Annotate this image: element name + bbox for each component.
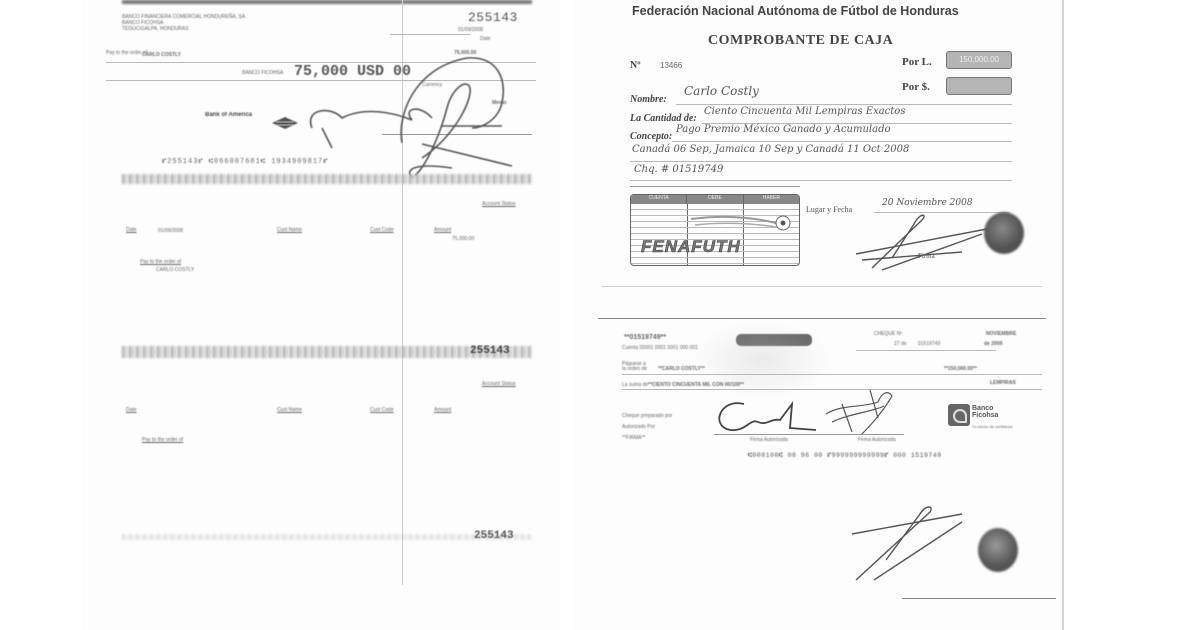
faded-band [122, 534, 532, 540]
date-rule [390, 34, 470, 35]
bank-header: BANCO FINANCIERA COMERCIAL HONDUREÑA, SA… [122, 14, 245, 32]
account-table-header: CUENTA DEBE HABER [631, 195, 799, 204]
soccer-ball-icon [691, 209, 791, 235]
separator-rule [630, 186, 800, 187]
stub-pay-to-label: Pay to the order of [142, 437, 183, 443]
cut-rule [602, 286, 1042, 287]
date-label: Date [480, 36, 491, 42]
receipt-number: 13466 [660, 61, 682, 70]
stub-date: 01/09/2008 [158, 228, 183, 234]
organization-name: Federación Nacional Autónoma de Fútbol d… [632, 4, 959, 18]
check-number: 255143 [468, 10, 518, 25]
fingerprint-icon [978, 528, 1018, 572]
nombre-label: Nombre: [630, 94, 667, 105]
amount-label: Amount [434, 407, 451, 413]
left-note: Cheque preparado por [622, 413, 672, 419]
micr-line: ⑆000100⑆ 08 96 00 ⑈999999999999⑈ 000 151… [748, 452, 942, 459]
micr-line: ⑈255143⑈ ⑆066007681⑆ 1934909817⑈ [162, 158, 328, 166]
signature-label-2: Firma Autorizada [858, 437, 896, 443]
bank-logo-icon [948, 404, 970, 426]
concepto-line: Pago Premio México Ganado y Acumulado [676, 124, 891, 135]
stub-date-label: Date [126, 407, 137, 413]
firma-label: Firma [918, 252, 935, 260]
stub-payee: CARLO COSTLY [156, 267, 194, 273]
date-prefix: 27 de [894, 341, 907, 347]
signature-rule [714, 434, 904, 435]
account-status-label: Account Status [482, 381, 516, 387]
receipt-title: COMPROBANTE DE CAJA [708, 33, 893, 49]
year-label: de 2008 [984, 341, 1002, 347]
stub-amount: 75,000.00 [452, 236, 474, 242]
amount-label: Amount [434, 227, 451, 233]
cheque-no-label: CHEQUE Nº [874, 331, 902, 337]
nombre-value: Carlo Costly [684, 84, 759, 98]
concepto-rule [672, 141, 1012, 142]
lugar-fecha-label: Lugar y Fecha [806, 205, 852, 214]
nombre-rule [676, 104, 1012, 105]
table-header-cuenta: CUENTA [631, 195, 687, 204]
cust-code-label: Cust Code [370, 227, 394, 233]
check-date: 01/09/2008 [458, 27, 483, 33]
check-ref: **01519749** [624, 334, 666, 341]
perforation-band [122, 174, 532, 184]
concepto-label: Concepto: [630, 131, 672, 142]
account-table: CUENTA DEBE HABER FENAFUTH [630, 194, 800, 266]
por-usd-value [946, 77, 1012, 95]
watermark [692, 320, 832, 400]
drawee-bank-name: Bank of America [205, 112, 252, 118]
bank-header-line: TEGUCIGALPA, HONDURAS [122, 26, 245, 32]
currency: LEMPIRAS [990, 380, 1016, 386]
account-line: Cuenta 00001 0001 0001 000 001 [622, 345, 698, 351]
signature-icon [710, 396, 820, 436]
concepto-rule [630, 180, 1012, 181]
concepto-line: Chq. # 01519749 [634, 164, 723, 175]
receipt-page: Federación Nacional Autónoma de Fútbol d… [572, 0, 1064, 630]
amount-numeric: **150,000.00** [944, 366, 977, 372]
table-header-haber: HABER [744, 195, 799, 204]
left-note: Autorizado Por [622, 424, 655, 430]
fingerprint-icon [984, 212, 1024, 254]
month: NOVIEMBRE [986, 331, 1016, 337]
top-scan-band [122, 0, 532, 4]
stub-pay-to-label: Pay to the order of [140, 259, 181, 265]
check-top-rule [598, 318, 1046, 319]
lugar-fecha-value: 20 Noviembre 2008 [882, 198, 973, 208]
stub-date-label: Date [126, 227, 137, 233]
concepto-rule [630, 161, 1012, 162]
left-note: **FIRMA** [622, 435, 645, 441]
check-copy-page: BANCO FINANCIERA COMERCIAL HONDUREÑA, SA… [82, 0, 560, 630]
cust-name-label: Cust Name [277, 407, 302, 413]
account-status-label: Account Status [482, 201, 516, 207]
amount-words: **CIENTO CINCUENTA MIL CON 00/100** [648, 382, 744, 388]
bank-logo-mark [953, 409, 967, 423]
payee-label: Páguese a la orden de [622, 362, 650, 372]
payee-rule [622, 374, 1042, 375]
por-usd-label: Por $. [902, 81, 930, 93]
concepto-line: Canadá 06 Sep, Jamaica 10 Sep y Canadá 1… [632, 144, 909, 155]
table-header-debe: DEBE [687, 195, 743, 204]
bank-tagline: Tu banco de confianza [972, 424, 1012, 429]
date-rule [856, 350, 996, 351]
pay-to-label: Pay to the order of [106, 50, 147, 56]
por-l-label: Por L. [902, 56, 932, 68]
cheque-no: 01519749 [918, 341, 940, 347]
fenafuth-logo: FENAFUTH [641, 237, 741, 257]
signature-icon [846, 500, 986, 590]
cantidad-value: Ciento Cincuenta Mil Lempiras Exactos [704, 106, 905, 117]
bank-of-america-logo-icon [270, 116, 300, 130]
bank-name: Banco Ficohsa [972, 405, 1016, 419]
por-l-value: 150,000.00 [946, 51, 1012, 69]
cust-code-label: Cust Code [370, 407, 394, 413]
footer-check-number: 255143 [474, 530, 514, 542]
amount-label: La suma de [622, 382, 648, 388]
payee: CARLO COSTLY [142, 52, 181, 58]
payee: **CARLO COSTLY** [658, 366, 705, 372]
bottom-rule [902, 598, 1056, 599]
cantidad-label: La Cantidad de: [630, 113, 697, 124]
signature-icon [822, 384, 902, 440]
amount-prefix: BANCO FICOHSA [242, 70, 283, 76]
cust-name-label: Cust Name [277, 227, 302, 233]
number-label: Nº [630, 60, 641, 71]
stub-check-number: 255143 [470, 345, 510, 357]
signature-label-1: Firma Autorizada [750, 437, 788, 443]
